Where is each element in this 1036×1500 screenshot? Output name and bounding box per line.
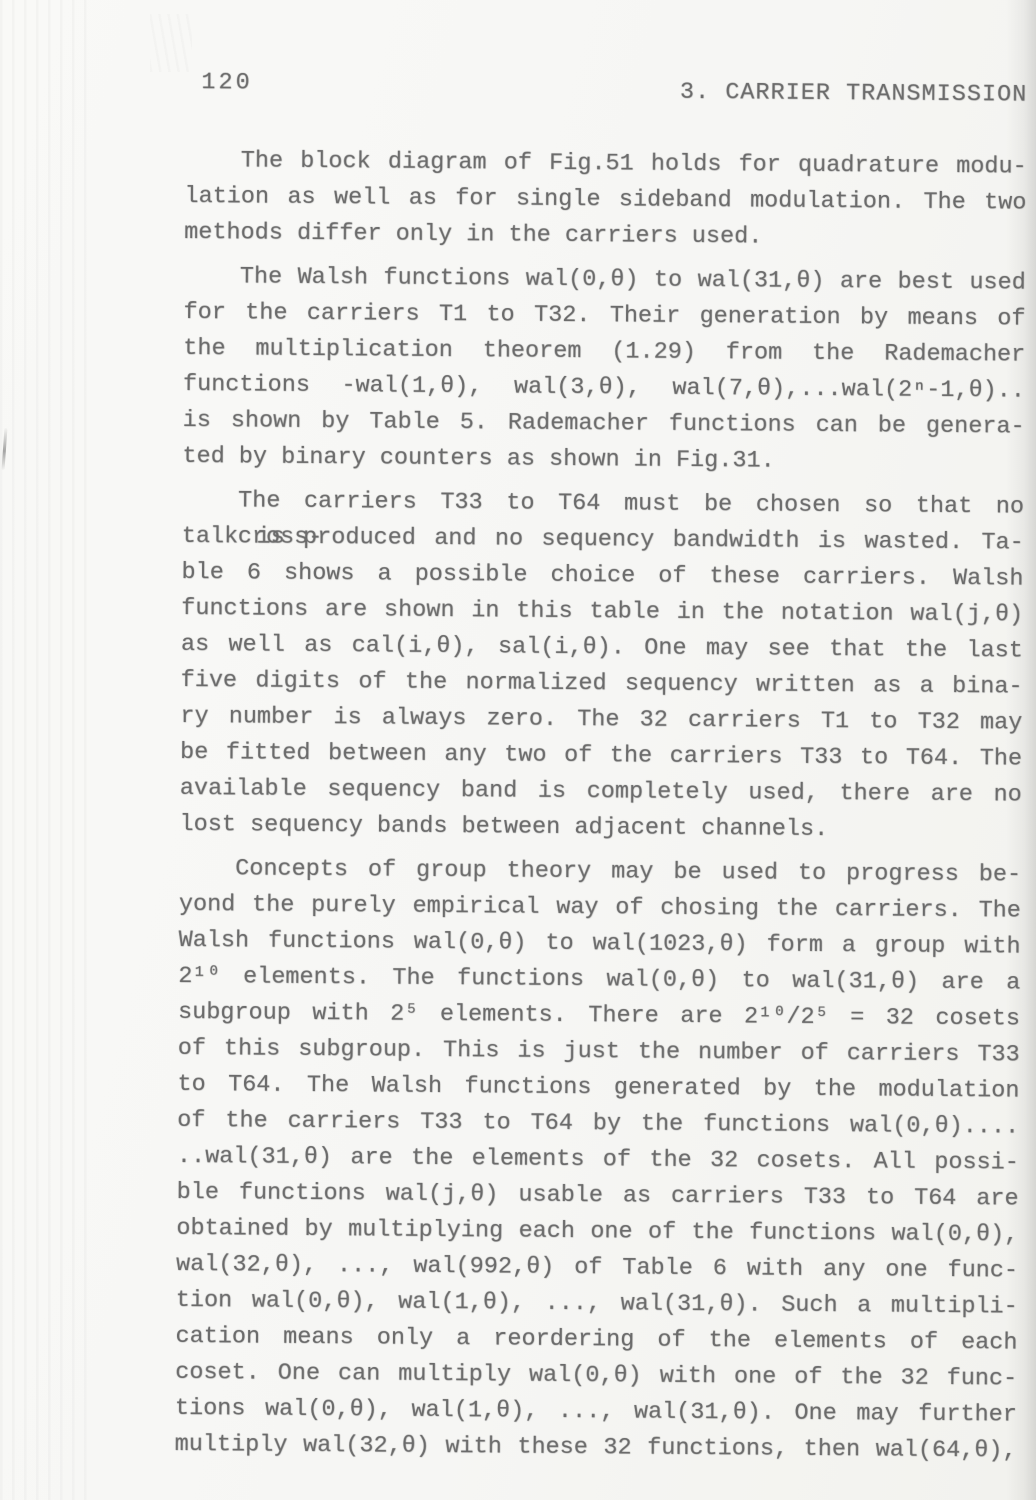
text-line: multiply wal(32,θ) with these 32 functio… [175,1427,1017,1470]
text-line: methods differ only in the carriers used… [184,215,1026,258]
text-line: lost sequency bands between adjacent cha… [179,807,1021,850]
paragraph-2: The Walsh functions wal(0,θ) to wal(31,θ… [182,259,1026,482]
page-content: 120 3. CARRIER TRANSMISSION The block di… [0,0,1036,1500]
text-line: ted by binary counters as shown in Fig.3… [182,439,1024,482]
page-number: 120 [201,69,253,96]
paragraph-3: The carriers T33 to T64 must be chosen s… [179,483,1024,850]
page-body: The block diagram of Fig.51 holds for qu… [174,143,1026,1478]
paragraph-4: Concepts of group theory may be used to … [175,851,1022,1470]
paragraph-1: The block diagram of Fig.51 holds for qu… [184,143,1027,258]
scanned-book-page: 120 3. CARRIER TRANSMISSION The block di… [0,0,1036,1500]
page-header: 120 3. CARRIER TRANSMISSION [185,65,1027,118]
running-head: 3. CARRIER TRANSMISSION [680,79,1028,109]
